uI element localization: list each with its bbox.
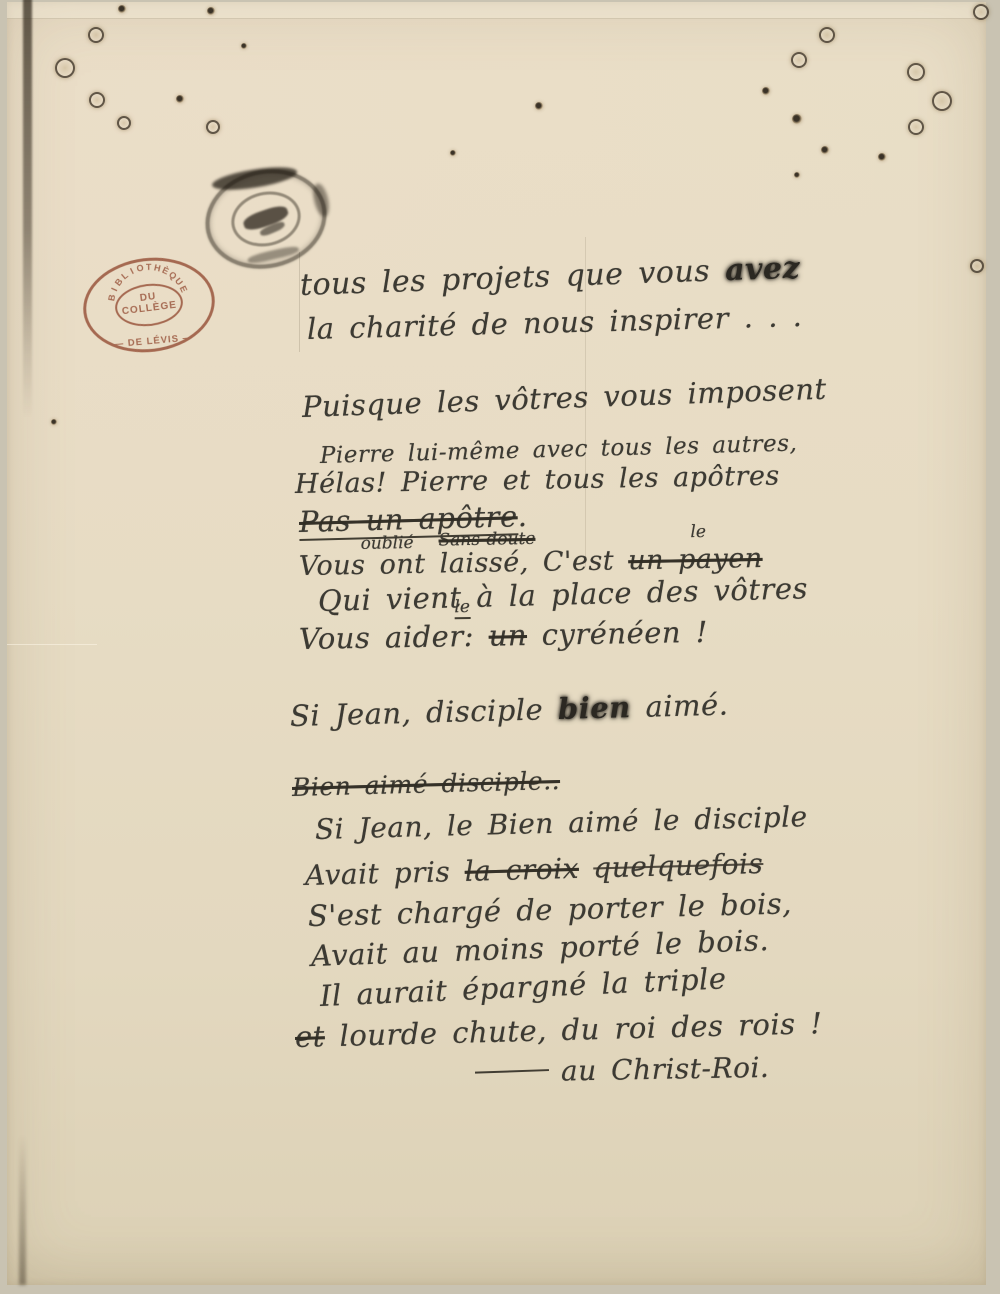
manuscript-line-2: la charité de nous inspirer . . . [307,299,803,346]
manuscript-line-1: tous les projets que vous avez [299,251,800,303]
manuscript-text: bien [557,690,631,726]
manuscript-text: Si Jean, le Bien aimé [315,804,654,846]
manuscript-text: au Christ-Roi. [561,1051,770,1088]
scanned-page: BIBLIOTHÈQUE DU COLLÈGE — DE LÉVIS — tou… [0,0,1000,1294]
manuscript-text: et [295,1019,326,1054]
manuscript-text-block: tous les projets que vous avezla charité… [7,2,986,1285]
manuscript-text [475,1069,549,1074]
manuscript-text: un payen [628,543,763,576]
manuscript-text: avez [725,251,801,289]
manuscript-line-3: Puisque les vôtres vous imposent [301,372,827,424]
manuscript-text: quelquefois [593,847,764,884]
manuscript-line-9: Vous aider: un cyrénéen !le [299,615,708,656]
manuscript-line-13: Avait pris la croix quelquefois [305,847,764,892]
inserted-word: le [690,522,706,542]
manuscript-text: Avait pris [305,855,466,892]
paper-sheet: BIBLIOTHÈQUE DU COLLÈGE — DE LÉVIS — tou… [7,2,986,1285]
manuscript-text: Puisque les vôtres vous imposent [301,372,827,424]
manuscript-text: aimé. [630,688,729,725]
manuscript-text: la croix [464,852,579,888]
manuscript-text: la charité de nous inspirer . . . [307,299,803,346]
manuscript-text: Vous aider: [299,619,489,656]
manuscript-text: lourde chute, du roi des rois ! [324,1006,822,1053]
manuscript-text [578,851,593,884]
manuscript-line-17: et lourde chute, du roi des rois ! [295,1006,823,1054]
manuscript-text: Si Jean, disciple [290,692,559,733]
manuscript-text: cyrénéen ! [527,615,708,652]
manuscript-line-11: Bien aimé disciple.. [292,766,561,802]
manuscript-line-18: au Christ-Roi. [475,1051,770,1089]
manuscript-text: le disciple [653,800,808,837]
manuscript-line-10: Si Jean, disciple bien aimé. [290,688,729,733]
manuscript-line-12: Si Jean, le Bien aimé le disciple [315,800,808,846]
manuscript-text: tous les projets que vous [299,253,725,303]
inserted-word: le [454,597,470,619]
inserted-word: Sans doute [438,529,535,551]
manuscript-text: Bien aimé disciple.. [292,766,561,802]
inserted-word: oublié [360,533,413,554]
manuscript-text: un [488,618,527,653]
